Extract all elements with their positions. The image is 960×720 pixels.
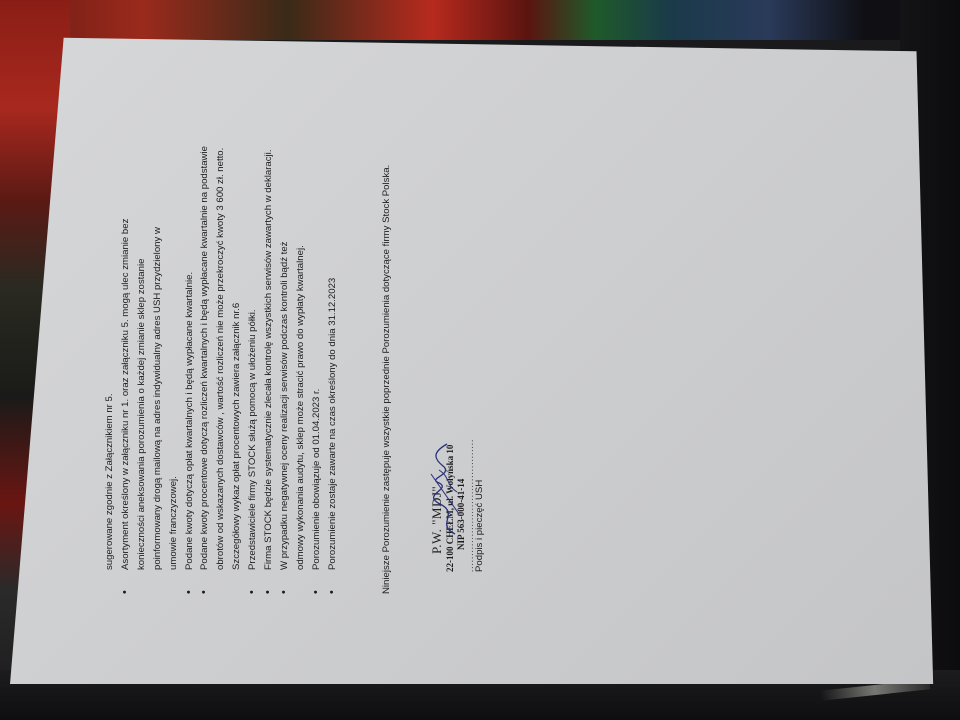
list-line: konieczności aneksowania porozumienia o …	[134, 114, 150, 570]
list-line: odmowy wykonania audytu, sklep może stra…	[293, 114, 309, 570]
document-body: sugerowane zgodnie z Załącznikiem nr 5. …	[102, 114, 487, 594]
list-item: Porozumienie zostaje zawarte na czas okr…	[325, 114, 341, 594]
list-line: obrotów od wskazanych dostawców , wartoś…	[213, 114, 229, 570]
list-item: Podane kwoty dotyczą opłat kwartalnych i…	[182, 114, 198, 594]
photo-background-top	[0, 0, 960, 40]
list-line: W przypadku negatywnej oceny realizacji …	[277, 114, 293, 570]
list-line: poinformowany drogą mailową na adres ind…	[150, 114, 166, 570]
list-line: Podane kwoty dotyczą opłat kwartalnych i…	[182, 114, 198, 570]
list-line: umowie franczyzowej.	[166, 114, 182, 570]
list-line: Porozumienie obowiązuje od 01.04.2023 r.	[309, 114, 325, 570]
lead-line: sugerowane zgodnie z Załącznikiem nr 5.	[102, 114, 118, 594]
terms-list: Asortyment określony w załączniku nr 1. …	[118, 114, 341, 594]
stamp-title: P.W. "MDJ"	[429, 114, 445, 572]
list-item: Podane kwoty procentowe dotyczą rozlicze…	[197, 114, 245, 594]
list-line: Asortyment określony w załączniku nr 1. …	[118, 114, 134, 570]
list-line: Firma STOCK będzie systematycznie zlecał…	[261, 114, 277, 570]
list-item: Porozumienie obowiązuje od 01.04.2023 r.	[309, 114, 325, 594]
list-item: Firma STOCK będzie systematycznie zlecał…	[261, 114, 277, 594]
company-stamp: P.W. "MDJ" 22-100 CHEŁM, ul. Wołyńska 10…	[429, 114, 473, 594]
signature-label: Podpis i pieczęć USH	[473, 114, 487, 594]
signature-line: ........................................…	[467, 114, 473, 572]
list-line: Szczegółowy wykaz opłat procentowych zaw…	[229, 114, 245, 570]
spacer	[341, 114, 379, 594]
list-item: Asortyment określony w załączniku nr 1. …	[118, 114, 182, 594]
list-line: Porozumienie zostaje zawarte na czas okr…	[325, 114, 341, 570]
list-item: Przedstawiciele firmy STOCK służą pomocą…	[245, 114, 261, 594]
closing-statement: Niniejsze Porozumienie zastępuje wszystk…	[379, 114, 395, 594]
list-item: W przypadku negatywnej oceny realizacji …	[277, 114, 309, 594]
stamp-address: 22-100 CHEŁM, ul. Wołyńska 10	[445, 114, 456, 572]
list-line: Przedstawiciele firmy STOCK służą pomocą…	[245, 114, 261, 570]
list-line: Podane kwoty procentowe dotyczą rozlicze…	[197, 114, 213, 570]
spacer	[395, 114, 429, 594]
